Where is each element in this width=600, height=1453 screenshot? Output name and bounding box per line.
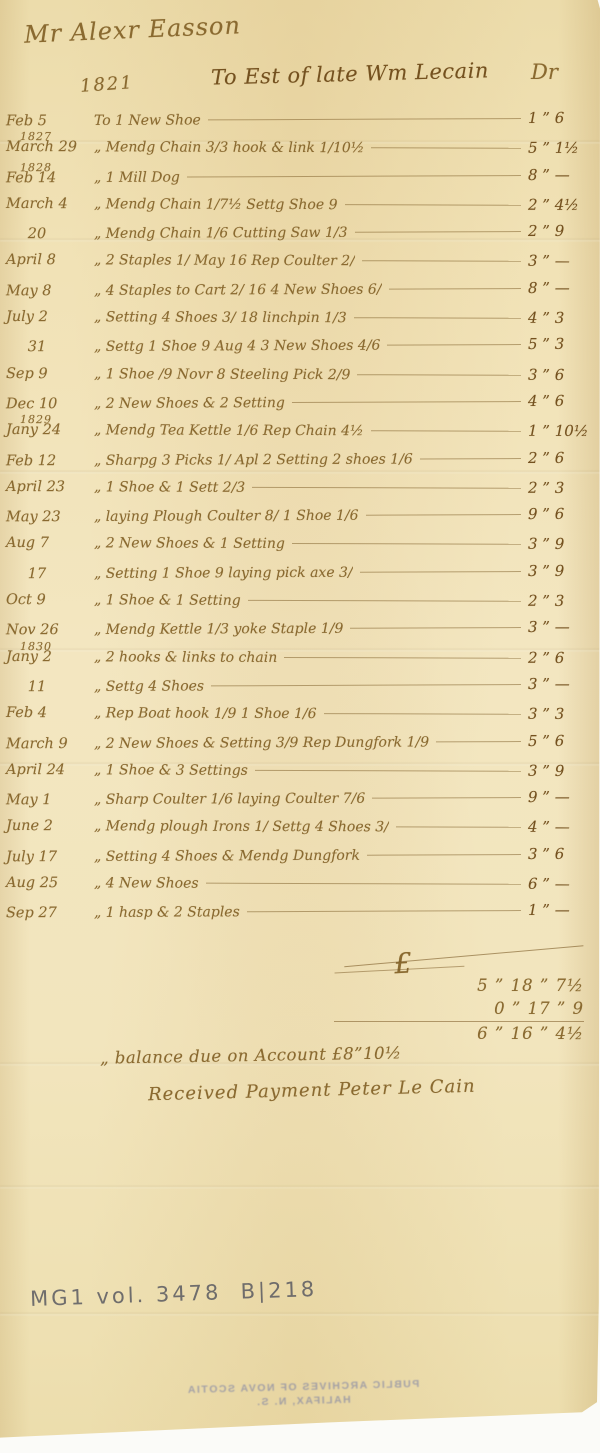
- entry-description: „ Setting 4 Shoes & Mendg Dungfork: [94, 847, 360, 864]
- dash-leader: [248, 600, 521, 602]
- paper-crease: [0, 1312, 600, 1316]
- entry-amount: 2 ” 6: [528, 648, 592, 666]
- entry-amount: 4 ” —: [528, 818, 592, 836]
- entry-description: „ 1 Shoe & 3 Settings: [94, 762, 248, 779]
- dash-leader: [350, 627, 521, 629]
- entry-date: Feb 4: [6, 705, 94, 721]
- entry-date: Aug 25: [6, 875, 94, 891]
- pound-sign: £: [393, 946, 413, 980]
- dash-leader: [211, 684, 521, 686]
- entry-amount: 1 ” 10½: [528, 422, 592, 440]
- entry-description: „ Mendg Chain 3/3 hook & link 1/10½: [94, 140, 364, 157]
- entry-amount: 3 ” —: [528, 675, 592, 693]
- entry-date: Feb 12: [6, 452, 94, 468]
- dash-leader: [357, 374, 521, 376]
- ledger-entry-row: 17 „ Setting 1 Shoe 9 laying pick axe 3/…: [6, 561, 592, 592]
- dash-leader: [208, 118, 521, 120]
- entry-description: „ 4 New Shoes: [94, 875, 199, 891]
- dash-leader: [354, 317, 521, 319]
- entry-amount: 2 ” 9: [528, 222, 592, 240]
- ledger-entry-row: April 23 „ 1 Shoe & 1 Sett 2/3 2 ” 3: [6, 477, 592, 507]
- entry-amount: 3 ” 3: [528, 705, 592, 723]
- entry-date: July 17: [6, 849, 94, 865]
- dash-leader: [396, 827, 521, 828]
- dash-leader: [372, 797, 521, 799]
- entry-description: „ Mendg Kettle 1/3 yoke Staple 1/9: [94, 621, 343, 638]
- dash-leader: [367, 854, 521, 856]
- ledger-entry-row: Feb 4 „ Rep Boat hook 1/9 1 Shoe 1/6 3 ”…: [6, 703, 592, 733]
- entry-description: To 1 New Shoe: [94, 112, 201, 128]
- entry-amount: 9 ” —: [528, 788, 592, 806]
- entry-description: „ Sharp Coulter 1/6 laying Coulter 7/6: [94, 791, 365, 808]
- entry-date: May 1: [6, 792, 94, 808]
- ledger-entry-row: July 17 „ Setting 4 Shoes & Mendg Dungfo…: [6, 844, 592, 875]
- entry-amount: 8 ” —: [528, 279, 592, 297]
- entry-date: April 8: [6, 252, 94, 268]
- entry-date: May 23: [6, 509, 94, 525]
- dash-leader: [362, 261, 521, 263]
- ledger-entry-row: Nov 26 „ Mendg Kettle 1/3 yoke Staple 1/…: [6, 618, 592, 649]
- entry-date: 20: [6, 226, 94, 242]
- ledger-entry-row: 1827 March 29 „ Mendg Chain 3/3 hook & l…: [6, 137, 592, 167]
- entry-description: „ 2 New Shoes & Setting 3/9 Rep Dungfork…: [94, 734, 429, 751]
- entry-date: Nov 26: [6, 622, 94, 638]
- ledger-entry-row: Sep 9 „ 1 Shoe /9 Novr 8 Steeling Pick 2…: [6, 364, 592, 394]
- entry-description: „ 1 hasp & 2 Staples: [94, 905, 240, 922]
- dash-leader: [247, 910, 521, 912]
- entry-description: „ Sharpg 3 Picks 1/ Apl 2 Setting 2 shoe…: [94, 451, 413, 468]
- entry-date: March 9: [6, 735, 94, 751]
- total-line: 0 ” 17 ” 9: [334, 997, 584, 1022]
- ledger-entry-row: Aug 25 „ 4 New Shoes 6 ” —: [6, 873, 592, 903]
- entry-amount: 5 ” 1½: [528, 139, 592, 157]
- totals-block: £ 5 ” 18 ” 7½0 ” 17 ” 96 ” 16 ” 4½: [334, 944, 584, 1045]
- ledger-entry-row: Aug 7 „ 2 New Shoes & 1 Setting 3 ” 9: [6, 533, 592, 563]
- ledger-entry-row: May 23 „ laying Plough Coulter 8/ 1 Shoe…: [6, 505, 592, 536]
- dash-leader: [324, 713, 521, 715]
- entry-description: „ 2 hooks & links to chain: [94, 649, 277, 666]
- ledger-entry-row: 31 „ Settg 1 Shoe 9 Aug 4 3 New Shoes 4/…: [6, 335, 592, 366]
- entry-description: „ Setting 4 Shoes 3/ 18 linchpin 1/3: [94, 309, 347, 326]
- entry-amount: 3 ” —: [528, 618, 592, 636]
- entry-amount: 3 ” 9: [528, 535, 592, 553]
- entry-description: „ 1 Mill Dog: [94, 169, 180, 185]
- ledger-entry-row: July 2 „ Setting 4 Shoes 3/ 18 linchpin …: [6, 307, 592, 337]
- entry-description: „ 1 Shoe /9 Novr 8 Steeling Pick 2/9: [94, 366, 350, 383]
- entry-amount: 2 ” 4½: [528, 196, 592, 214]
- ledger-entry-row: 20 „ Mendg Chain 1/6 Cutting Saw 1/3 2 ”…: [6, 222, 592, 253]
- entry-amount: 5 ” 3: [528, 335, 592, 353]
- entry-amount: 3 ” 9: [528, 762, 592, 780]
- ledger-entry-row: Feb 5 To 1 New Shoe 1 ” 6: [6, 109, 592, 140]
- entry-description: „ 2 Staples 1/ May 16 Rep Coulter 2/: [94, 253, 355, 270]
- entry-amount: 3 ” 6: [528, 844, 592, 862]
- entry-date: June 2: [6, 818, 94, 834]
- ledger-entry-row: 1828 Feb 14 „ 1 Mill Dog 8 ” —: [6, 165, 592, 196]
- entry-date: Dec 10: [6, 396, 94, 412]
- entry-date: 31: [6, 339, 94, 355]
- entry-description: „ Setting 1 Shoe 9 laying pick axe 3/: [94, 565, 353, 582]
- entry-year-label: 1829: [20, 413, 52, 426]
- entry-date: April 23: [6, 479, 94, 495]
- dash-leader: [371, 431, 521, 433]
- entry-year-label: 1827: [20, 130, 52, 143]
- entry-amount: 8 ” —: [528, 165, 592, 183]
- ledger-entry-row: April 8 „ 2 Staples 1/ May 16 Rep Coulte…: [6, 250, 592, 280]
- dash-leader: [292, 401, 521, 403]
- ledger-entry-row: 1830 Jany 2 „ 2 hooks & links to chain 2…: [6, 647, 592, 677]
- entry-amount: 2 ” 3: [528, 479, 592, 497]
- ledger-entry-row: Sep 27 „ 1 hasp & 2 Staples 1 ” —: [6, 901, 592, 932]
- entry-date: Feb 5: [6, 113, 94, 129]
- entry-description: „ 4 Staples to Cart 2/ 16 4 New Shoes 6/: [94, 281, 382, 298]
- dash-leader: [387, 344, 521, 346]
- dash-leader: [255, 770, 521, 772]
- ledger-entry-row: March 4 „ Mendg Chain 1/7½ Settg Shoe 9 …: [6, 194, 592, 224]
- ledger-entry-row: Feb 12 „ Sharpg 3 Picks 1/ Apl 2 Setting…: [6, 448, 592, 479]
- entry-date: Aug 7: [6, 535, 94, 551]
- entry-date: March 4: [6, 196, 94, 212]
- dash-leader: [360, 571, 521, 573]
- entry-amount: 5 ” 6: [528, 731, 592, 749]
- ledger-entry-row: May 1 „ Sharp Coulter 1/6 laying Coulter…: [6, 788, 592, 819]
- ledger-entry-row: June 2 „ Mendg plough Irons 1/ Settg 4 S…: [6, 816, 592, 846]
- ledger-entry-row: May 8 „ 4 Staples to Cart 2/ 16 4 New Sh…: [6, 279, 592, 310]
- dash-leader: [252, 487, 521, 489]
- dash-leader: [292, 543, 521, 545]
- entry-description: „ Settg 1 Shoe 9 Aug 4 3 New Shoes 4/6: [94, 338, 381, 355]
- entry-year-label: 1828: [20, 161, 52, 174]
- dash-leader: [354, 231, 520, 233]
- ledger-entry-row: Oct 9 „ 1 Shoe & 1 Setting 2 ” 3: [6, 590, 592, 620]
- dash-leader: [389, 288, 521, 290]
- entry-date: 17: [6, 566, 94, 582]
- ledger-entries: Feb 5 To 1 New Shoe 1 ” 6 1827 March 29 …: [6, 110, 592, 931]
- entry-date: 11: [6, 679, 94, 695]
- dash-leader: [284, 657, 521, 659]
- ledger-entry-row: Dec 10 „ 2 New Shoes & 2 Setting 4 ” 6: [6, 392, 592, 423]
- entry-description: „ 2 New Shoes & 2 Setting: [94, 395, 285, 412]
- entry-description: „ 2 New Shoes & 1 Setting: [94, 536, 285, 553]
- ledger-entry-row: March 9 „ 2 New Shoes & Setting 3/9 Rep …: [6, 731, 592, 762]
- entry-description: „ Rep Boat hook 1/9 1 Shoe 1/6: [94, 706, 317, 723]
- entry-date: Oct 9: [6, 592, 94, 608]
- entry-date: Sep 27: [6, 905, 94, 921]
- entry-date: Sep 9: [6, 366, 94, 382]
- dash-leader: [345, 204, 521, 206]
- dash-leader: [206, 883, 521, 885]
- entry-amount: 4 ” 3: [528, 309, 592, 327]
- entry-amount: 1 ” —: [528, 901, 592, 919]
- entry-date: April 24: [6, 762, 94, 778]
- entry-description: „ laying Plough Coulter 8/ 1 Shoe 1/6: [94, 508, 359, 525]
- dash-leader: [436, 741, 521, 742]
- entry-description: „ 1 Shoe & 1 Setting: [94, 592, 241, 609]
- entry-description: „ 1 Shoe & 1 Sett 2/3: [94, 479, 245, 496]
- ledger-entry-row: 11 „ Settg 4 Shoes 3 ” —: [6, 675, 592, 706]
- flourish-rule: [344, 945, 583, 967]
- totals-lines: 5 ” 18 ” 7½0 ” 17 ” 96 ” 16 ” 4½: [334, 974, 584, 1045]
- entry-amount: 2 ” 6: [528, 448, 592, 466]
- ledger-entry-row: April 24 „ 1 Shoe & 3 Settings 3 ” 9: [6, 760, 592, 790]
- entry-amount: 3 ” 9: [528, 561, 592, 579]
- paper-crease: [0, 1185, 600, 1189]
- entry-amount: 4 ” 6: [528, 392, 592, 410]
- entry-date: July 2: [6, 309, 94, 325]
- total-line: 6 ” 16 ” 4½: [334, 1022, 584, 1045]
- entry-description: „ Mendg Tea Kettle 1/6 Rep Chain 4½: [94, 423, 364, 440]
- dash-leader: [420, 458, 521, 459]
- dash-leader: [187, 175, 521, 177]
- entry-description: „ Settg 4 Shoes: [94, 678, 204, 694]
- entry-amount: 1 ” 6: [528, 109, 592, 127]
- dash-leader: [371, 148, 521, 150]
- dash-leader: [366, 514, 521, 516]
- entry-amount: 6 ” —: [528, 875, 592, 893]
- debit-abbreviation: Dr: [531, 60, 558, 84]
- entry-amount: 3 ” 6: [528, 365, 592, 383]
- entry-amount: 3 ” —: [528, 252, 592, 270]
- header-year: 1821: [79, 72, 134, 97]
- entry-description: „ Mendg Chain 1/6 Cutting Saw 1/3: [94, 225, 348, 242]
- entry-year-label: 1830: [20, 640, 52, 653]
- entry-description: „ Mendg Chain 1/7½ Settg Shoe 9: [94, 196, 338, 213]
- entry-amount: 2 ” 3: [528, 592, 592, 610]
- entry-amount: 9 ” 6: [528, 505, 592, 523]
- ledger-entry-row: 1829 Jany 24 „ Mendg Tea Kettle 1/6 Rep …: [6, 420, 592, 450]
- entry-date: May 8: [6, 283, 94, 299]
- entry-description: „ Mendg plough Irons 1/ Settg 4 Shoes 3/: [94, 819, 389, 836]
